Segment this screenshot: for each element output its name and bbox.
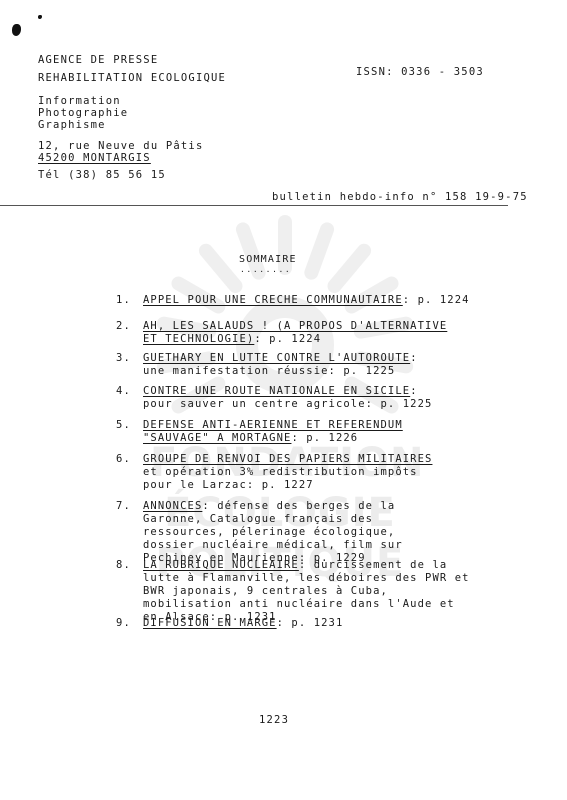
item-number: 5. (116, 419, 131, 431)
item-number: 6. (116, 453, 131, 465)
sommaire-dotted-underline: ........ (240, 265, 291, 274)
list-item: AH, LES SALAUDS ! (A PROPOS D'ALTERNATIV… (143, 320, 453, 346)
list-item: ANNONCES: défense des berges de la Garon… (143, 500, 443, 565)
document-page: FONDATION ÉCOLOGIE POLITIQUE AGENCE DE P… (0, 0, 567, 800)
item-number: 4. (116, 385, 131, 397)
list-item: DIFFUSION EN MARGE: p. 1231 (143, 617, 523, 630)
item-rest: : p. 1224 (254, 333, 321, 345)
list-item: CONTRE UNE ROUTE NATIONALE EN SICILE: po… (143, 385, 443, 411)
item-number: 9. (116, 617, 131, 629)
bulletin-label: bulletin hebdo-info n° 158 19-9-75 (272, 191, 528, 204)
page-number: 1223 (259, 714, 289, 727)
item-title: DIFFUSION EN MARGE (143, 617, 277, 629)
item-rest: : p. 1224 (403, 294, 470, 306)
item-number: 1. (116, 294, 131, 306)
item-title: LA RUBRIQUE NUCLEAIRE (143, 559, 299, 571)
item-title: GUETHARY EN LUTTE CONTRE L'AUTOROUTE (143, 352, 410, 364)
list-item: LA RUBRIQUE NUCLEAIRE: durcissement de l… (143, 559, 473, 624)
item-number: 7. (116, 500, 131, 512)
address-city: 45200 MONTARGIS (38, 152, 151, 165)
list-item: GUETHARY EN LUTTE CONTRE L'AUTOROUTE: un… (143, 352, 443, 378)
header-divider (0, 205, 508, 206)
list-item: DEFENSE ANTI-AERIENNE ET REFERENDUM "SAU… (143, 419, 473, 445)
item-title: APPEL POUR UNE CRECHE COMMUNAUTAIRE (143, 294, 403, 306)
phone-number: Tél (38) 85 56 15 (38, 169, 166, 182)
agency-name-line2: REHABILITATION ECOLOGIQUE (38, 72, 226, 85)
item-title: DEFENSE ANTI-AERIENNE ET REFERENDUM "SAU… (143, 419, 403, 444)
issn-number: ISSN: 0336 - 3503 (356, 66, 484, 79)
ink-blot (12, 24, 21, 36)
item-title: GROUPE DE RENVOI DES PAPIERS MILITAIRES (143, 453, 432, 465)
item-rest: et opération 3% redistribution impôts po… (143, 466, 418, 491)
item-rest: : p. 1231 (277, 617, 344, 629)
ink-dot (38, 15, 42, 19)
item-number: 3. (116, 352, 131, 364)
item-title: CONTRE UNE ROUTE NATIONALE EN SICILE (143, 385, 410, 397)
item-title: ANNONCES (143, 500, 202, 512)
item-number: 2. (116, 320, 131, 332)
item-rest: : p. 1226 (291, 432, 358, 444)
agency-name-line1: AGENCE DE PRESSE (38, 54, 158, 67)
item-number: 8. (116, 559, 131, 571)
service-graphisme: Graphisme (38, 119, 106, 132)
list-item: GROUPE DE RENVOI DES PAPIERS MILITAIRES … (143, 453, 443, 492)
list-item: APPEL POUR UNE CRECHE COMMUNAUTAIRE: p. … (143, 294, 523, 307)
